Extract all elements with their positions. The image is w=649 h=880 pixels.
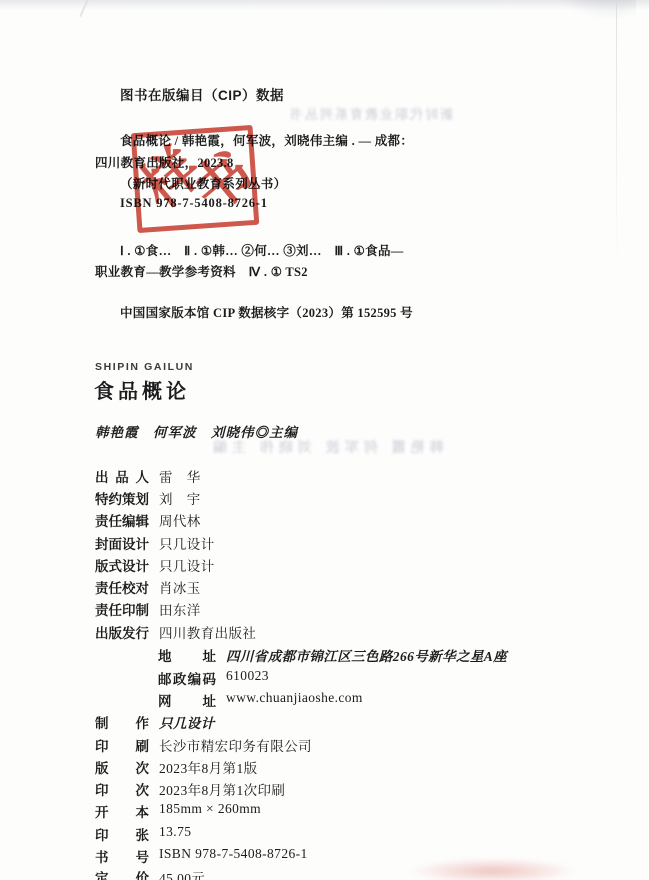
row-label: 印刷 bbox=[95, 735, 149, 755]
colophon-row-editor: 责任编辑 周代林 bbox=[95, 510, 201, 530]
row-value: 610023 bbox=[226, 668, 269, 684]
colophon-row-producer: 出品人 雷 华 bbox=[95, 466, 201, 486]
row-label: 责任校对 bbox=[95, 577, 149, 597]
page-curl-shadow bbox=[552, 0, 636, 20]
cip-classification-line2: 职业教育—教学参考资料 Ⅳ . ① TS2 bbox=[95, 262, 308, 280]
row-value: 田东洋 bbox=[159, 599, 201, 619]
row-value: 周代林 bbox=[159, 510, 201, 530]
book-title: 食品概论 bbox=[94, 375, 190, 404]
colophon-row-address: 地址 四川省成都市锦江区三色路266号新华之星A座 bbox=[158, 645, 507, 665]
colophon-row-proofreader: 责任校对 肖冰玉 bbox=[95, 577, 201, 597]
row-label: 出品人 bbox=[95, 466, 149, 486]
colophon-row-sheets: 印张 13.75 bbox=[95, 824, 191, 844]
colophon-row-edition: 版次 2023年8月第1版 bbox=[95, 757, 258, 777]
sample-book-stamp: 样 书 bbox=[131, 125, 260, 233]
colophon-row-postcode: 邮政编码 610023 bbox=[158, 668, 269, 688]
colophon-row-impression: 印次 2023年8月第1次印刷 bbox=[95, 779, 285, 799]
row-label: 出版发行 bbox=[95, 622, 149, 642]
row-value: 只几设计 bbox=[159, 555, 215, 575]
page-fold-mark bbox=[56, 0, 89, 17]
colophon-row-publisher: 出版发行 四川教育出版社 bbox=[95, 622, 256, 642]
row-value: 肖冰玉 bbox=[159, 577, 201, 597]
cip-record-number: 中国国家版本馆 CIP 数据核字（2023）第 152595 号 bbox=[120, 303, 413, 321]
colophon-row-website: 网址 www.chuanjiaoshe.com bbox=[158, 690, 363, 710]
colophon-row-format: 开本 185mm × 260mm bbox=[95, 801, 261, 821]
stamp-character-shu: 书 bbox=[184, 143, 263, 222]
row-label: 责任印制 bbox=[95, 599, 149, 619]
ghost-bleed-text-top: 新时代职业教育系列丛书 bbox=[288, 104, 453, 123]
row-value: 185mm × 260mm bbox=[159, 801, 261, 817]
row-value: 四川教育出版社 bbox=[159, 622, 256, 642]
row-label: 版次 bbox=[95, 757, 149, 777]
row-label: 责任编辑 bbox=[95, 510, 149, 530]
colophon-row-printer: 印刷 长沙市精宏印务有限公司 bbox=[95, 735, 312, 755]
row-value: 长沙市精宏印务有限公司 bbox=[159, 735, 312, 755]
colophon-row-planner: 特约策划 刘 宇 bbox=[95, 488, 201, 508]
colophon-row-price: 定价 45.00元 bbox=[95, 867, 205, 880]
row-value: 13.75 bbox=[159, 824, 191, 840]
row-label: 印张 bbox=[95, 824, 149, 844]
row-label: 制作 bbox=[95, 712, 149, 732]
colophon-row-layout-design: 版式设计 只几设计 bbox=[95, 555, 215, 575]
row-label: 地址 bbox=[158, 645, 216, 665]
scan-crease-line bbox=[616, 0, 617, 270]
cip-heading: 图书在版编目（CIP）数据 bbox=[120, 84, 284, 104]
row-label: 版式设计 bbox=[95, 555, 149, 575]
row-label: 定价 bbox=[95, 867, 149, 880]
cip-classification-line1: Ⅰ . ①食… Ⅱ . ①韩… ②何… ③刘… Ⅲ . ①食品— bbox=[120, 241, 404, 259]
row-value: 只几设计 bbox=[159, 712, 215, 732]
row-value: 2023年8月第1次印刷 bbox=[159, 779, 285, 799]
row-value: www.chuanjiaoshe.com bbox=[226, 690, 363, 706]
row-value: 雷 华 bbox=[159, 466, 201, 486]
colophon-row-isbn: 书号 ISBN 978-7-5408-8726-1 bbox=[95, 846, 308, 866]
row-label: 开本 bbox=[95, 801, 149, 821]
row-value: 2023年8月第1版 bbox=[159, 757, 258, 777]
title-pinyin: SHIPIN GAILUN bbox=[95, 361, 194, 373]
row-value: ISBN 978-7-5408-8726-1 bbox=[159, 846, 308, 862]
row-label: 网址 bbox=[158, 690, 216, 710]
row-value: 四川省成都市锦江区三色路266号新华之星A座 bbox=[226, 645, 507, 665]
row-label: 封面设计 bbox=[95, 533, 149, 553]
colophon-row-production: 制作 只几设计 bbox=[95, 712, 215, 732]
row-label: 特约策划 bbox=[95, 488, 149, 508]
authors-line: 韩艳霞 何军波 刘晓伟◎主编 bbox=[95, 421, 298, 441]
scanned-copyright-page: 图书在版编目（CIP）数据 新时代职业教育系列丛书 食品概论 / 韩艳霞，何军波… bbox=[0, 0, 649, 880]
row-value: 刘 宇 bbox=[159, 488, 201, 508]
colophon-row-print-supervisor: 责任印制 田东洋 bbox=[95, 599, 201, 619]
row-label: 印次 bbox=[95, 779, 149, 799]
row-value: 45.00元 bbox=[159, 867, 205, 880]
row-label: 邮政编码 bbox=[158, 668, 216, 688]
row-label: 书号 bbox=[95, 846, 149, 866]
row-value: 只几设计 bbox=[159, 533, 215, 553]
ghost-red-smudge bbox=[408, 858, 578, 880]
colophon-row-cover-design: 封面设计 只几设计 bbox=[95, 533, 215, 553]
